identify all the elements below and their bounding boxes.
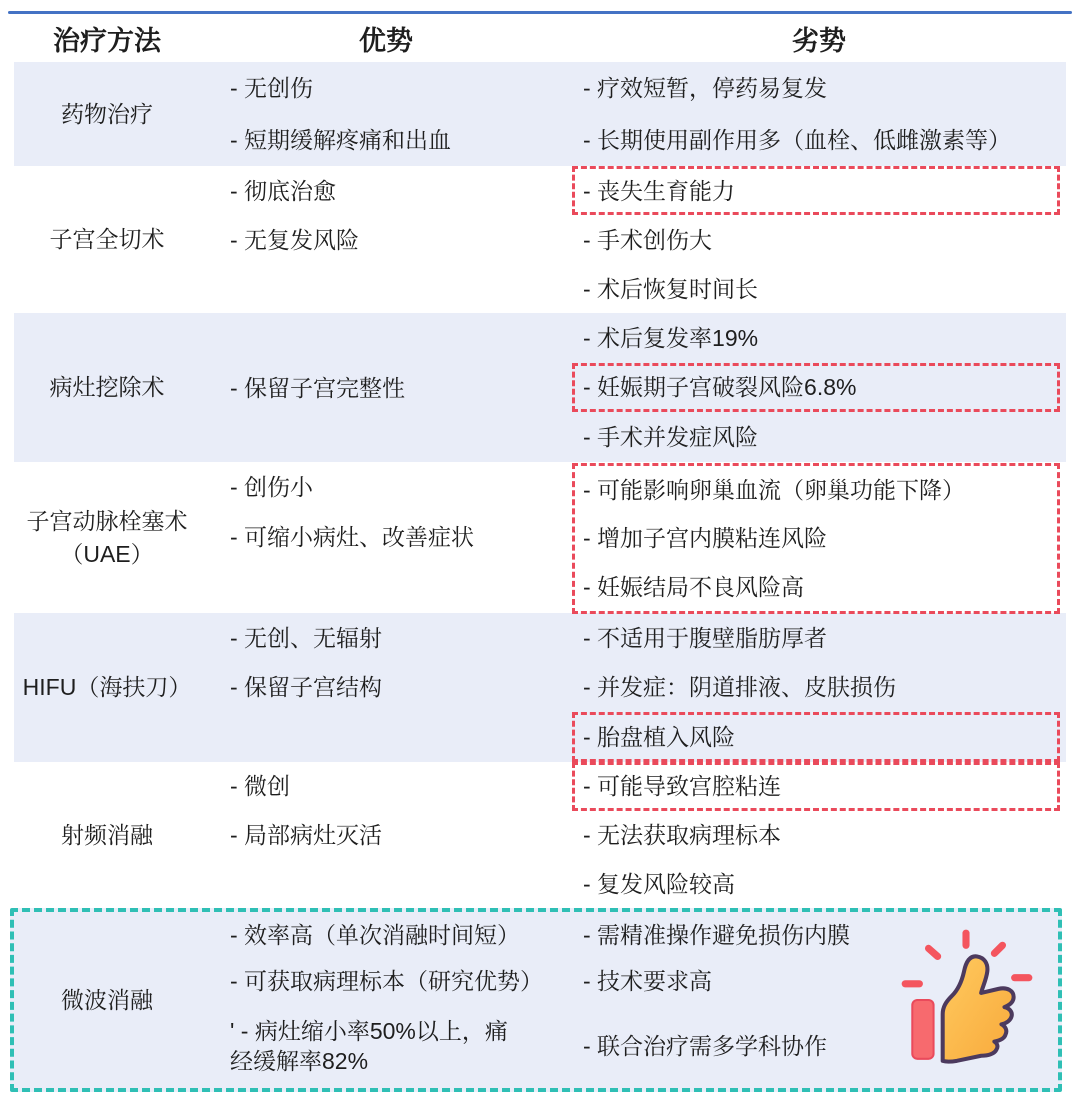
advantage-item: - 微创	[230, 762, 572, 811]
method-cell: 子宫动脉栓塞术（UAE）	[14, 462, 200, 613]
advantage-item: - 彻底治愈	[230, 166, 572, 215]
disadvantage-item: - 复发风险较高	[572, 859, 1062, 908]
method-name: （UAE）	[60, 538, 153, 571]
method-name: 微波消融	[61, 984, 153, 1017]
header-method: 治疗方法	[14, 19, 200, 58]
comparison-table: 药物治疗- 无创伤- 短期缓解疼痛和出血- 疗效短暂，停药易复发- 长期使用副作…	[14, 62, 1066, 1092]
method-name: 病灶挖除术	[50, 371, 165, 404]
advantages-cell: - 彻底治愈- 无复发风险	[200, 166, 572, 313]
disadvantages-cell: - 丧失生育能力- 手术创伤大- 术后恢复时间长	[572, 166, 1066, 313]
disadvantages-cell: - 可能影响卵巢血流（卵巢功能下降）- 增加子宫内膜粘连风险- 妊娠结局不良风险…	[572, 462, 1066, 613]
method-cell: 病灶挖除术	[14, 313, 200, 462]
highlighted-disadvantage-item: - 妊娠期子宫破裂风险6.8%	[572, 363, 1060, 413]
advantage-item: - 可获取病理标本（研究优势）	[230, 958, 572, 1004]
advantage-item: - 短期缓解疼痛和出血	[230, 114, 572, 166]
highlighted-disadvantage-item: - 可能导致宫腔粘连	[572, 762, 1060, 811]
header-advantages: 优势	[200, 19, 572, 58]
advantage-item: ' - 病灶缩小率50%以上，痛 经缓解率82%	[230, 1004, 572, 1088]
disadvantage-item: - 并发症：阴道排液、皮肤损伤	[572, 663, 1062, 713]
disadvantage-item: - 术后恢复时间长	[572, 264, 1062, 313]
method-name: 子宫动脉栓塞术	[27, 505, 188, 538]
table-row: 射频消融- 微创- 局部病灶灭活- 可能导致宫腔粘连- 无法获取病理标本- 复发…	[14, 762, 1066, 908]
table-header-row: 治疗方法 优势 劣势	[14, 14, 1066, 62]
method-name: 射频消融	[61, 819, 153, 852]
disadvantage-item: - 妊娠结局不良风险高	[575, 563, 1057, 611]
advantages-cell: - 无创、无辐射- 保留子宫结构	[200, 613, 572, 762]
advantage-item: - 效率高（单次消融时间短）	[230, 912, 572, 958]
method-cell: HIFU（海扶刀）	[14, 613, 200, 762]
highlight-box-group: - 可能影响卵巢血流（卵巢功能下降）- 增加子宫内膜粘连风险- 妊娠结局不良风险…	[572, 463, 1060, 614]
advantages-cell: - 微创- 局部病灶灭活	[200, 762, 572, 908]
advantage-item: - 无创、无辐射	[230, 613, 572, 663]
method-name: HIFU（海扶刀）	[23, 671, 192, 704]
advantages-cell: - 效率高（单次消融时间短）- 可获取病理标本（研究优势）' - 病灶缩小率50…	[200, 912, 572, 1088]
advantages-cell: - 保留子宫完整性	[200, 313, 572, 462]
advantage-item: - 可缩小病灶、改善症状	[230, 512, 572, 562]
method-cell: 子宫全切术	[14, 166, 200, 313]
advantages-cell: - 无创伤- 短期缓解疼痛和出血	[200, 62, 572, 166]
disadvantage-item: - 增加子宫内膜粘连风险	[575, 514, 1057, 562]
method-name: 子宫全切术	[50, 223, 165, 256]
disadvantage-item: - 可能影响卵巢血流（卵巢功能下降）	[575, 466, 1057, 514]
disadvantage-item: - 长期使用副作用多（血栓、低雌激素等）	[572, 114, 1062, 166]
disadvantage-item: - 术后复发率19%	[572, 313, 1062, 363]
advantage-item: - 保留子宫结构	[230, 663, 572, 713]
table-row: 病灶挖除术- 保留子宫完整性- 术后复发率19%- 妊娠期子宫破裂风险6.8%-…	[14, 313, 1066, 462]
method-name: 药物治疗	[61, 98, 153, 131]
disadvantage-item: - 不适用于腹壁脂肪厚者	[572, 613, 1062, 663]
advantage-item: - 创伤小	[230, 462, 572, 512]
thumbs-up-icon	[890, 920, 1042, 1081]
disadvantages-cell: - 不适用于腹壁脂肪厚者- 并发症：阴道排液、皮肤损伤- 胎盘植入风险	[572, 613, 1066, 762]
disadvantages-cell: - 疗效短暂，停药易复发- 长期使用副作用多（血栓、低雌激素等）	[572, 62, 1066, 166]
header-disadvantages: 劣势	[572, 19, 1066, 58]
disadvantages-cell: - 可能导致宫腔粘连- 无法获取病理标本- 复发风险较高	[572, 762, 1066, 908]
table-row: 药物治疗- 无创伤- 短期缓解疼痛和出血- 疗效短暂，停药易复发- 长期使用副作…	[14, 62, 1066, 166]
advantage-item: - 局部病灶灭活	[230, 811, 572, 860]
disadvantages-cell: - 术后复发率19%- 妊娠期子宫破裂风险6.8%- 手术并发症风险	[572, 313, 1066, 462]
advantage-item: - 无创伤	[230, 62, 572, 114]
table-row: 子宫全切术- 彻底治愈- 无复发风险- 丧失生育能力- 手术创伤大- 术后恢复时…	[14, 166, 1066, 313]
disadvantage-item: - 手术创伤大	[572, 215, 1062, 264]
method-cell: 药物治疗	[14, 62, 200, 166]
method-cell: 微波消融	[14, 912, 200, 1088]
advantage-item: - 无复发风险	[230, 215, 572, 264]
disadvantage-item: - 无法获取病理标本	[572, 811, 1062, 860]
table-row: HIFU（海扶刀）- 无创、无辐射- 保留子宫结构- 不适用于腹壁脂肪厚者- 并…	[14, 613, 1066, 762]
method-cell: 射频消融	[14, 762, 200, 908]
table-row: 子宫动脉栓塞术（UAE）- 创伤小- 可缩小病灶、改善症状- 可能影响卵巢血流（…	[14, 462, 1066, 613]
disadvantage-item: - 手术并发症风险	[572, 412, 1062, 462]
highlighted-disadvantage-item: - 丧失生育能力	[572, 166, 1060, 215]
highlighted-disadvantage-item: - 胎盘植入风险	[572, 712, 1060, 762]
disadvantage-item: - 疗效短暂，停药易复发	[572, 62, 1062, 114]
advantage-item: - 保留子宫完整性	[230, 363, 572, 413]
advantages-cell: - 创伤小- 可缩小病灶、改善症状	[200, 462, 572, 613]
table-row: 微波消融- 效率高（单次消融时间短）- 可获取病理标本（研究优势）' - 病灶缩…	[10, 908, 1062, 1092]
